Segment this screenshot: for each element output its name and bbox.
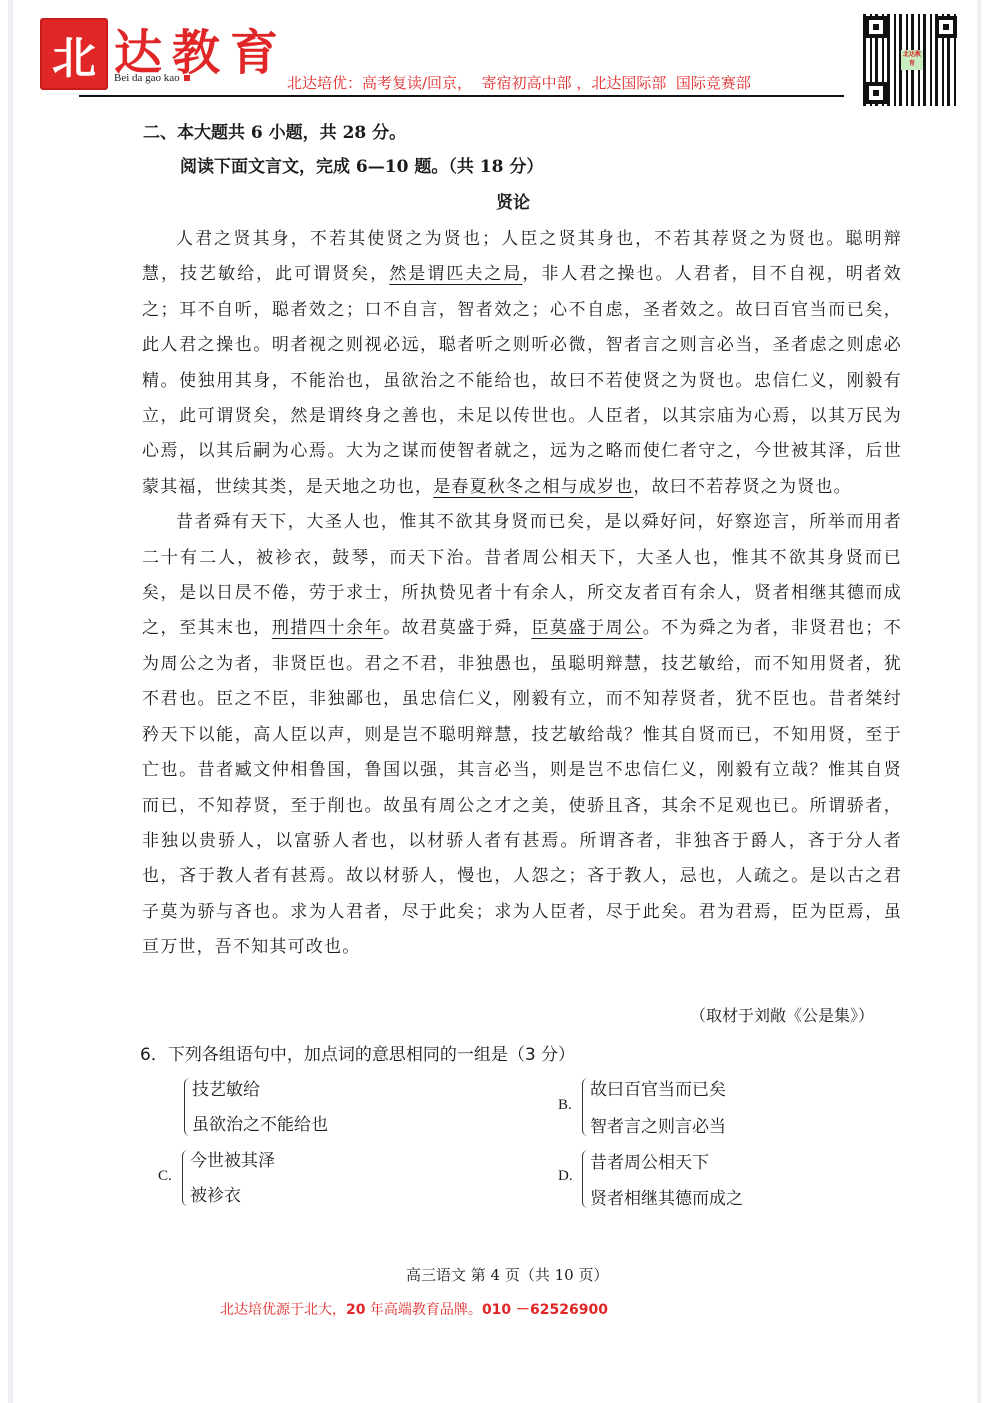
page-edge-left: [8, 0, 13, 1403]
ad-text: 北达培优源于北大，: [220, 1302, 346, 1318]
brand-pinyin-text: Bei da gao kao: [114, 72, 180, 84]
qr-code-icon: 北达教育: [863, 14, 959, 106]
option-a-line-1: 技艺敏给: [192, 1075, 260, 1100]
underlined-sentence: 然是谓匹夫之局: [389, 264, 522, 284]
essay-title: 贤论: [496, 188, 530, 213]
passage-text: ，非人君之操也。人君者，目不自视，明者效之；耳不自听，聪者效之；口不自言，智者效…: [142, 264, 902, 496]
ad-phone: 010 －62526900: [482, 1302, 608, 1318]
underlined-sentence: 臣莫盛于周公: [531, 618, 642, 638]
qr-center-logo: 北达教育: [901, 50, 923, 70]
underlined-sentence: 是春夏秋冬之相与成岁也: [433, 477, 633, 497]
qr-finder-icon: [935, 16, 957, 38]
passage-text: ，故曰不若荐贤之为贤也。: [633, 477, 851, 497]
option-b-line-2: 智者言之则言必当: [590, 1112, 726, 1137]
section-title: 二、本大题共 6 小题，共 28 分。: [143, 118, 406, 143]
ad-text: 年高端教育品牌。: [365, 1302, 481, 1318]
red-square-icon: [184, 75, 190, 81]
brace-icon: [184, 1078, 191, 1136]
reading-instruction: 阅读下面文言文，完成 6—10 题。（共 18 分）: [180, 152, 543, 177]
brand-pinyin: Bei da gao kao: [114, 72, 190, 84]
option-d-line-1: 昔者周公相天下: [590, 1148, 709, 1173]
brace-icon: [182, 1150, 189, 1206]
option-c-line-1: 今世被其泽: [190, 1146, 275, 1171]
brace-icon: [582, 1150, 589, 1208]
page-edge-right: [977, 0, 981, 1403]
header-slogan: 北达培优：高考复读/回京， 寄宿初高中部 ，北达国际部 国际竞赛部: [287, 72, 751, 93]
passage-source: （取材于刘敞《公是集》）: [690, 1003, 874, 1026]
option-d-line-2: 贤者相继其德而成之: [590, 1184, 743, 1209]
passage-text: 。故君莫盛于舜，: [383, 618, 531, 638]
question-6-stem: 6．下列各组语句中，加点词的意思相同的一组是（3 分）: [140, 1040, 575, 1065]
option-b-line-1: 故曰百官当而已矣: [590, 1075, 726, 1100]
option-d-label: D.: [558, 1168, 573, 1185]
passage-text: 。不为舜之为者，非贤君也；不为周公之为者，非贤臣也。君之不君，非独愚也，虽聪明辩…: [142, 618, 902, 957]
footer-advertisement: 北达培优源于北大，20 年高端教育品牌。010 －62526900: [220, 1299, 608, 1319]
qr-finder-icon: [865, 16, 887, 38]
page-number: 高三语文 第 4 页（共 10 页）: [406, 1264, 608, 1285]
passage-paragraph-1: 人君之贤其身，不若其使贤之为贤也；人臣之贤其身也，不若其荐贤之为贤也。聪明辩慧，…: [142, 222, 902, 505]
option-a-line-2: 虽欲治之不能给也: [192, 1110, 328, 1135]
brace-icon: [582, 1078, 589, 1136]
ad-years: 20: [346, 1302, 365, 1318]
brand-logo-mark: 北: [40, 18, 108, 90]
qr-finder-icon: [865, 82, 887, 104]
option-c-label: C.: [158, 1168, 172, 1185]
option-b-label: B.: [558, 1097, 572, 1114]
header-divider: [79, 95, 844, 97]
passage-paragraph-2: 昔者舜有天下，大圣人也，惟其不欲其身贤而已矣，是以舜好问，好察迩言，所举而用者二…: [142, 505, 902, 965]
classical-passage: 人君之贤其身，不若其使贤之为贤也；人臣之贤其身也，不若其荐贤之为贤也。聪明辩慧，…: [142, 222, 902, 966]
underlined-sentence: 刑措四十余年: [272, 618, 383, 638]
option-c-line-2: 被袗衣: [190, 1181, 241, 1206]
